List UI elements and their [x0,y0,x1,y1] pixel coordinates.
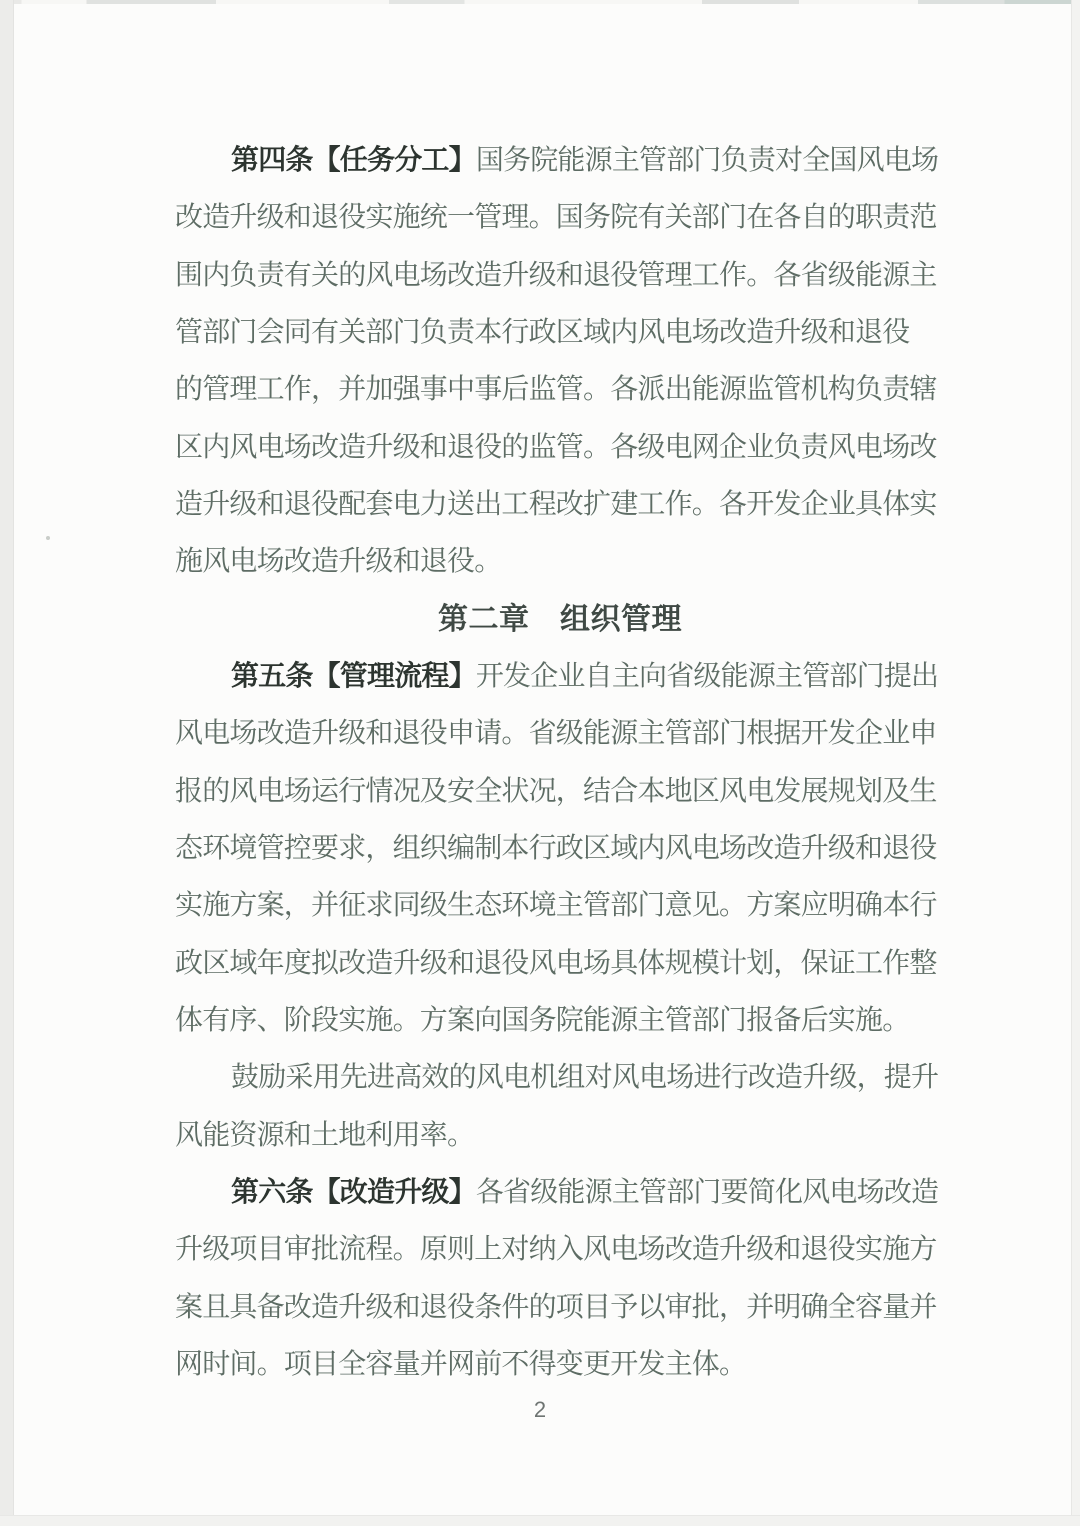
article-line: 管部门会同有关部门负责本行政区域内风电场改造升级和退役 [175,304,945,361]
article-line: 造升级和退役配套电力送出工程改扩建工作。各开发企业具体实 [175,476,945,533]
chapter-heading: 第二章 组织管理 [175,591,945,648]
article-line: 第六条【改造升级】各省级能源主管部门要简化风电场改造 [175,1164,945,1221]
article-label: 第四条【任务分工】 [231,145,476,176]
article-line: 围内负责有关的风电场改造升级和退役管理工作。各省级能源主 [175,247,945,304]
page-number: 2 [0,1394,1080,1426]
scanned-document-page: 第四条【任务分工】国务院能源主管部门负责对全国风电场改造升级和退役实施统一管理。… [0,0,1080,1526]
article-line: 的管理工作，并加强事中事后监管。各派出能源监管机构负责辖 [175,361,945,418]
article-line: 案且具备改造升级和退役条件的项目予以审批，并明确全容量并 [175,1279,945,1336]
article-line: 区内风电场改造升级和退役的监管。各级电网企业负责风电场改 [175,419,945,476]
article-line: 网时间。项目全容量并网前不得变更开发主体。 [175,1336,945,1393]
scan-speck [46,536,50,540]
article-line: 风电场改造升级和退役申请。省级能源主管部门根据开发企业申 [175,705,945,762]
article-label: 第六条【改造升级】 [231,1177,476,1208]
document-body: 第四条【任务分工】国务院能源主管部门负责对全国风电场改造升级和退役实施统一管理。… [175,0,945,1393]
article-line: 第五条【管理流程】开发企业自主向省级能源主管部门提出 [175,648,945,705]
scan-left-edge [0,0,14,1517]
article-line: 改造升级和退役实施统一管理。国务院有关部门在各自的职责范 [175,189,945,246]
article-line: 施风电场改造升级和退役。 [175,533,945,590]
article-line: 升级项目审批流程。原则上对纳入风电场改造升级和退役实施方 [175,1221,945,1278]
article-line: 政区域年度拟改造升级和退役风电场具体规模计划，保证工作整 [175,935,945,992]
paragraph-line: 风能资源和土地利用率。 [175,1107,945,1164]
article-label: 第五条【管理流程】 [231,661,476,692]
scan-right-edge [1071,0,1080,1526]
article-line: 实施方案，并征求同级生态环境主管部门意见。方案应明确本行 [175,877,945,934]
article-line: 报的风电场运行情况及安全状况，结合本地区风电发展规划及生 [175,763,945,820]
paragraph-line: 鼓励采用先进高效的风电机组对风电场进行改造升级，提升 [175,1049,945,1106]
scan-bottom-edge [0,1515,1080,1526]
article-line: 第四条【任务分工】国务院能源主管部门负责对全国风电场 [175,132,945,189]
article-line: 体有序、阶段实施。方案向国务院能源主管部门报备后实施。 [175,992,945,1049]
article-line: 态环境管控要求，组织编制本行政区域内风电场改造升级和退役 [175,820,945,877]
